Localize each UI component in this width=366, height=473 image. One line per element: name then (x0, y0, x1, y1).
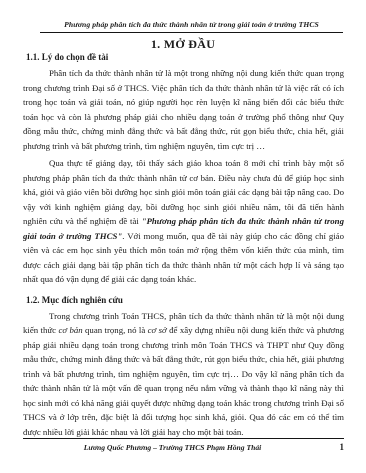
paragraph-text: để xây dựng nhiều nội dung kiến thức và … (23, 325, 344, 437)
emphasis-text: cơ bản (58, 325, 82, 335)
page-title: 1. MỞ ĐẦU (0, 37, 366, 52)
paragraph-text: Phân tích đa thức thành nhân tử là một t… (23, 68, 344, 151)
section-heading-1-1: 1.1. Lý do chọn đề tài (26, 52, 344, 63)
paragraph: Trong chương trình Toán THCS, phân tích … (23, 309, 344, 440)
running-header: Phương pháp phân tích đa thức thành nhân… (40, 20, 343, 29)
page-number: 1 (322, 442, 344, 452)
footer-author: Lương Quốc Phương – Trường THCS Phạm Hồn… (23, 443, 322, 452)
document-page: Phương pháp phân tích đa thức thành nhân… (0, 0, 366, 473)
header-rule (40, 32, 343, 33)
paragraph-text: quan trọng, nó là (83, 325, 148, 335)
emphasis-text: cơ sở (148, 325, 167, 335)
paragraph: Qua thực tế giảng dạy, tôi thấy sách giá… (23, 156, 344, 287)
document-body: 1.1. Lý do chọn đề tài Phân tích đa thức… (23, 52, 344, 439)
paragraph: Phân tích đa thức thành nhân tử là một t… (23, 66, 344, 153)
page-footer: Lương Quốc Phương – Trường THCS Phạm Hồn… (23, 438, 344, 452)
section-heading-1-2: 1.2. Mục đích nghiên cứu (26, 295, 344, 306)
